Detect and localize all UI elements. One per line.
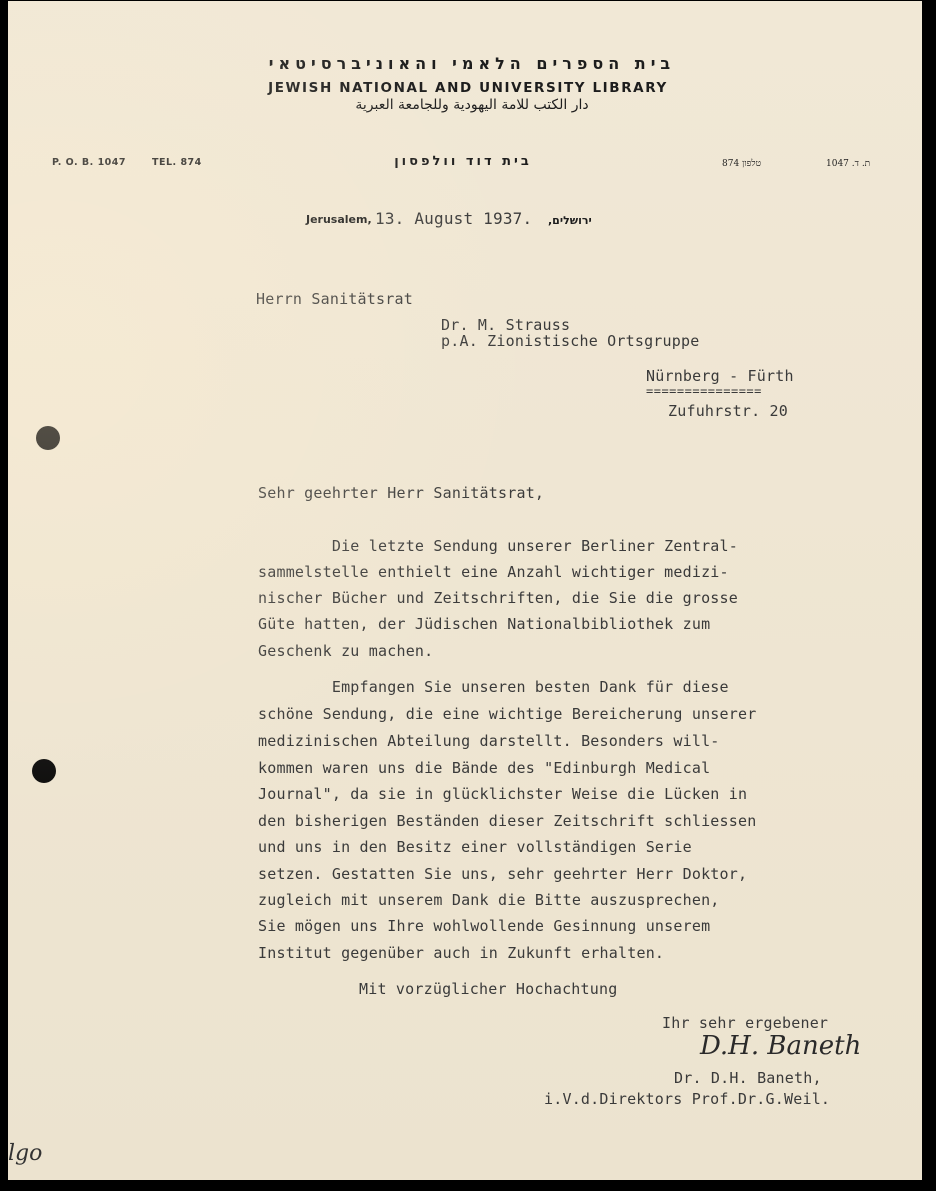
dateline-date: 13. August 1937.	[375, 209, 532, 228]
address-line-1: Herrn Sanitätsrat	[256, 290, 413, 308]
body-line: Geschenk zu machen.	[258, 642, 433, 660]
po-box: P. O. B. 1047	[52, 157, 126, 168]
letter-paper: בית הספרים הלאמי והאוניברסיטאי JEWISH NA…	[8, 1, 922, 1180]
address-line-4: Nürnberg - Fürth	[646, 367, 794, 385]
telephone-hebrew: טלפון 874	[722, 158, 761, 169]
signatory-name: Dr. D.H. Baneth,	[674, 1069, 822, 1087]
punch-hole-top	[36, 426, 60, 450]
building-name-hebrew: בית דוד וולפסון	[368, 154, 558, 169]
handwritten-signature: D.H. Baneth	[700, 1031, 861, 1061]
punch-hole-bottom	[32, 759, 56, 783]
signatory-title: i.V.d.Direktors Prof.Dr.G.Weil.	[544, 1090, 830, 1108]
letterhead-arabic-title: دار الكتب للامة اليهودية وللجامعة العبري…	[262, 97, 682, 113]
body-line: und uns in den Besitz einer vollständige…	[258, 838, 692, 856]
salutation: Sehr geehrter Herr Sanitätsrat,	[258, 484, 544, 502]
body-line: Empfangen Sie unseren besten Dank für di…	[258, 678, 729, 696]
body-line: sammelstelle enthielt eine Anzahl wichti…	[258, 563, 729, 581]
body-line: den bisherigen Beständen dieser Zeitschr…	[258, 812, 756, 830]
po-box-hebrew: ת. ד. 1047	[826, 158, 870, 169]
dateline-place: Jerusalem,	[306, 213, 372, 226]
body-line: setzen. Gestatten Sie uns, sehr geehrter…	[258, 865, 747, 883]
body-line: nischer Bücher und Zeitschriften, die Si…	[258, 589, 738, 607]
body-line: zugleich mit unserem Dank die Bitte ausz…	[258, 891, 720, 909]
dateline-place-hebrew: ירושלים,	[548, 214, 592, 227]
body-line: schöne Sendung, die eine wichtige Bereic…	[258, 705, 756, 723]
body-line: medizinischen Abteilung darstellt. Beson…	[258, 732, 720, 750]
body-line: kommen waren uns die Bände des "Edinburg…	[258, 759, 710, 777]
body-line: Institut gegenüber auch in Zukunft erhal…	[258, 944, 664, 962]
closing-greeting: Mit vorzüglicher Hochachtung	[359, 980, 617, 998]
body-line: Die letzte Sendung unserer Berliner Zent…	[258, 537, 738, 555]
telephone: TEL. 874	[152, 157, 202, 168]
address-line-3: p.A. Zionistische Ortsgruppe	[441, 332, 699, 350]
address-underline: ===============	[646, 384, 762, 398]
handwritten-annotation: lgo	[8, 1141, 42, 1166]
valediction: Ihr sehr ergebener	[662, 1014, 828, 1032]
body-line: Güte hatten, der Jüdischen Nationalbibli…	[258, 615, 710, 633]
address-line-5: Zufuhrstr. 20	[668, 402, 788, 420]
letterhead-hebrew-title: בית הספרים הלאמי והאוניברסיטאי	[262, 54, 682, 73]
body-line: Sie mögen uns Ihre wohlwollende Gesinnun…	[258, 917, 710, 935]
body-line: Journal", da sie in glücklichster Weise …	[258, 785, 747, 803]
letterhead-english-title: JEWISH NATIONAL AND UNIVERSITY LIBRARY	[258, 80, 678, 96]
